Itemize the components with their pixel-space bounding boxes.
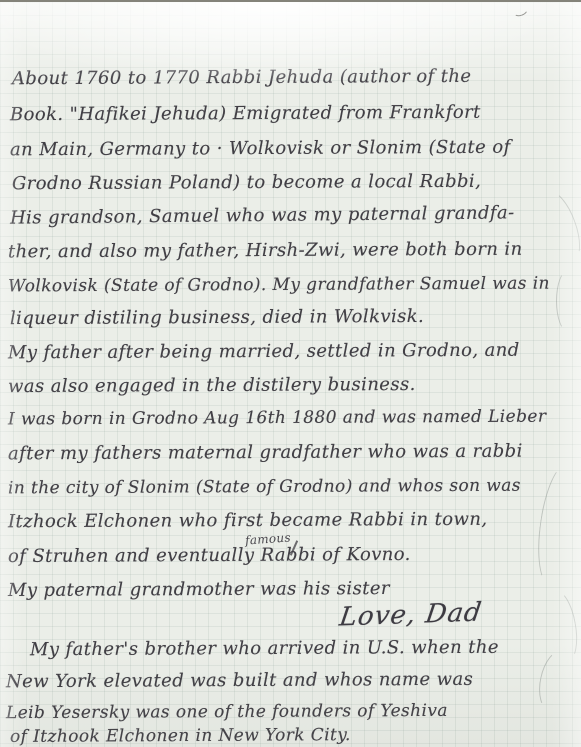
handwritten-line-6: ther, and also my father, Hirsh-Zwi, wer… [8,237,523,266]
handwritten-line-2: Book. "Hafikei Jehuda) Emigrated from Fr… [10,100,481,128]
handwritten-line-9: My father after being married, settled i… [8,338,520,367]
handwritten-line-12: after my fathers maternal gradfather who… [8,439,523,468]
handwritten-line-18: New York elevated was built and whos nam… [6,667,473,695]
handwritten-line-16: My paternal grandmother was his sister [8,576,390,604]
handwritten-line-8: liqueur distiling business, died in Wolk… [10,304,424,332]
signature: Love, Dad [337,598,484,633]
handwritten-line-3: an Main, Germany to · Wolkovisk or Sloni… [10,135,511,164]
scan-hair-mark [511,2,530,18]
crease-mark [537,187,581,264]
handwritten-line-20: of Itzhook Elchonen in New York City. [10,722,351,747]
handwritten-line-1: About 1760 to 1770 Rabbi Jehuda (author … [12,64,472,92]
handwritten-line-15: of Struhen and eventually Rabbi of Kovno… [8,542,411,570]
handwritten-line-7: Wolkovisk (State of Grodno). My grandfat… [8,271,550,300]
letter-page: About 1760 to 1770 Rabbi Jehuda (author … [0,0,581,747]
handwritten-line-4: Grodno Russian Poland) to become a local… [12,169,481,197]
handwritten-line-17: My father's brother who arrived in U.S. … [30,635,499,663]
handwritten-line-10: was also engaged in the distilery busine… [8,372,416,400]
crease-mark [532,462,581,588]
handwritten-line-5: His grandson, Samuel who was my paternal… [10,200,515,231]
handwritten-line-13: in the city of Slonim (State of Grodno) … [8,473,521,502]
handwritten-line-11: I was born in Grodno Aug 16th 1880 and w… [8,404,546,433]
crease-mark [556,270,580,332]
handwritten-line-14: Itzhock Elchonen who first became Rabbi … [8,507,488,536]
